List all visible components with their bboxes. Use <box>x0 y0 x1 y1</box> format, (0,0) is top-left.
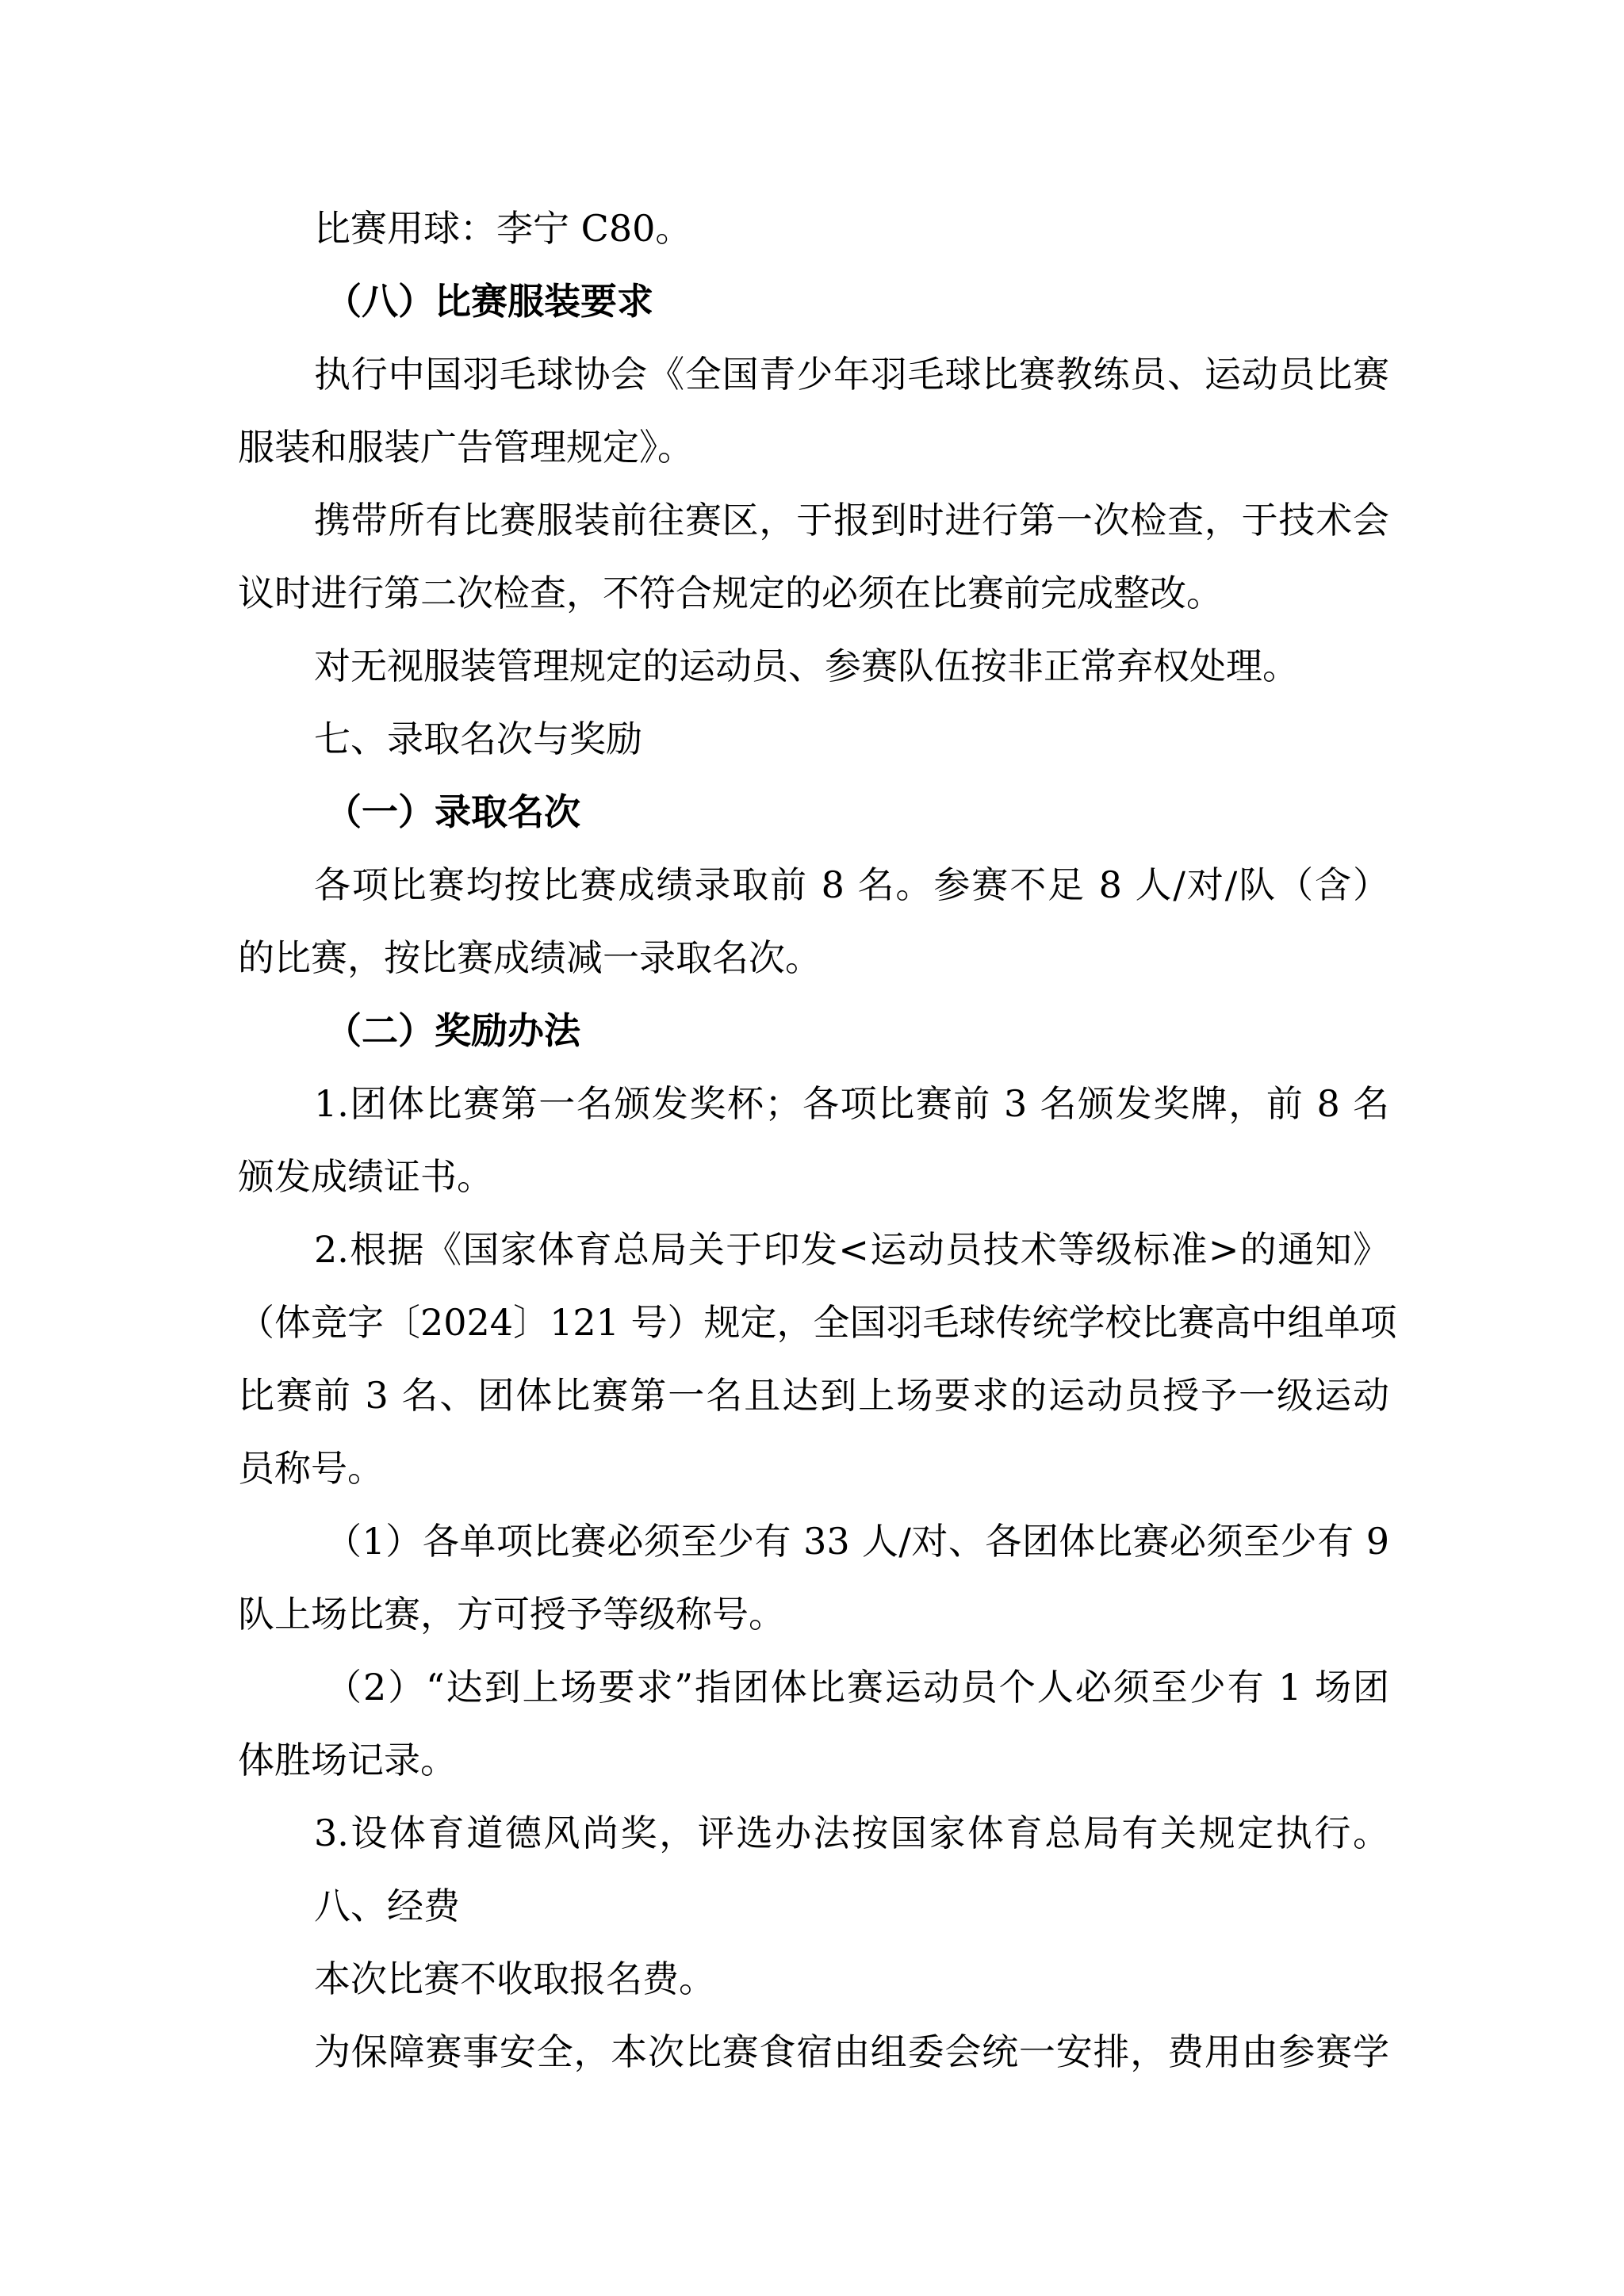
subheading: （二）奖励办法 <box>238 1007 1389 1054</box>
paragraph-line: 各项比赛均按比赛成绩录取前 8 名。参赛不足 8 人/对/队（含） <box>238 861 1389 909</box>
paragraph-line: 的比赛，按比赛成绩减一录取名次。 <box>238 934 1389 982</box>
paragraph-line: 本次比赛不收取报名费。 <box>238 1955 1389 2003</box>
paragraph-line: （体竞字〔2024〕121 号）规定，全国羽毛球传统学校比赛高中组单项 <box>238 1299 1389 1346</box>
subheading: （八）比赛服装要求 <box>238 277 1389 325</box>
subheading: （一）录取名次 <box>238 788 1389 836</box>
paragraph-line: （1）各单项比赛必须至少有 33 人/对、各团体比赛必须至少有 9 <box>238 1517 1389 1565</box>
paragraph-line: 2.根据《国家体育总局关于印发<运动员技术等级标准>的通知》 <box>238 1226 1389 1273</box>
paragraph-line: 颁发成绩证书。 <box>238 1153 1389 1200</box>
section-heading: 八、经费 <box>238 1882 1389 1930</box>
section-heading: 七、录取名次与奖励 <box>238 715 1389 763</box>
paragraph-line: 1.团体比赛第一名颁发奖杯；各项比赛前 3 名颁发奖牌，前 8 名 <box>238 1080 1389 1127</box>
paragraph-line: 执行中国羽毛球协会《全国青少年羽毛球比赛教练员、运动员比赛 <box>238 350 1389 398</box>
paragraph-line: 为保障赛事安全，本次比赛食宿由组委会统一安排，费用由参赛学 <box>238 2028 1389 2076</box>
paragraph-line: 比赛前 3 名、团体比赛第一名且达到上场要求的运动员授予一级运动 <box>238 1372 1389 1419</box>
paragraph-line: 体胜场记录。 <box>238 1736 1389 1784</box>
paragraph-line: 携带所有比赛服装前往赛区，于报到时进行第一次检查，于技术会 <box>238 496 1389 544</box>
paragraph-line: 队上场比赛，方可授予等级称号。 <box>238 1590 1389 1638</box>
paragraph-line: 3.设体育道德风尚奖，评选办法按国家体育总局有关规定执行。 <box>238 1809 1389 1857</box>
paragraph-line: 比赛用球：李宁 C80。 <box>238 205 1389 252</box>
paragraph-line: （2）“达到上场要求”指团体比赛运动员个人必须至少有 1 场团 <box>238 1663 1389 1711</box>
paragraph-line: 员称号。 <box>238 1445 1389 1492</box>
paragraph-line: 议时进行第二次检查，不符合规定的必须在比赛前完成整改。 <box>238 569 1389 617</box>
paragraph-line: 服装和服装广告管理规定》。 <box>238 423 1389 471</box>
paragraph-line: 对无视服装管理规定的运动员、参赛队伍按非正常弃权处理。 <box>238 642 1389 690</box>
